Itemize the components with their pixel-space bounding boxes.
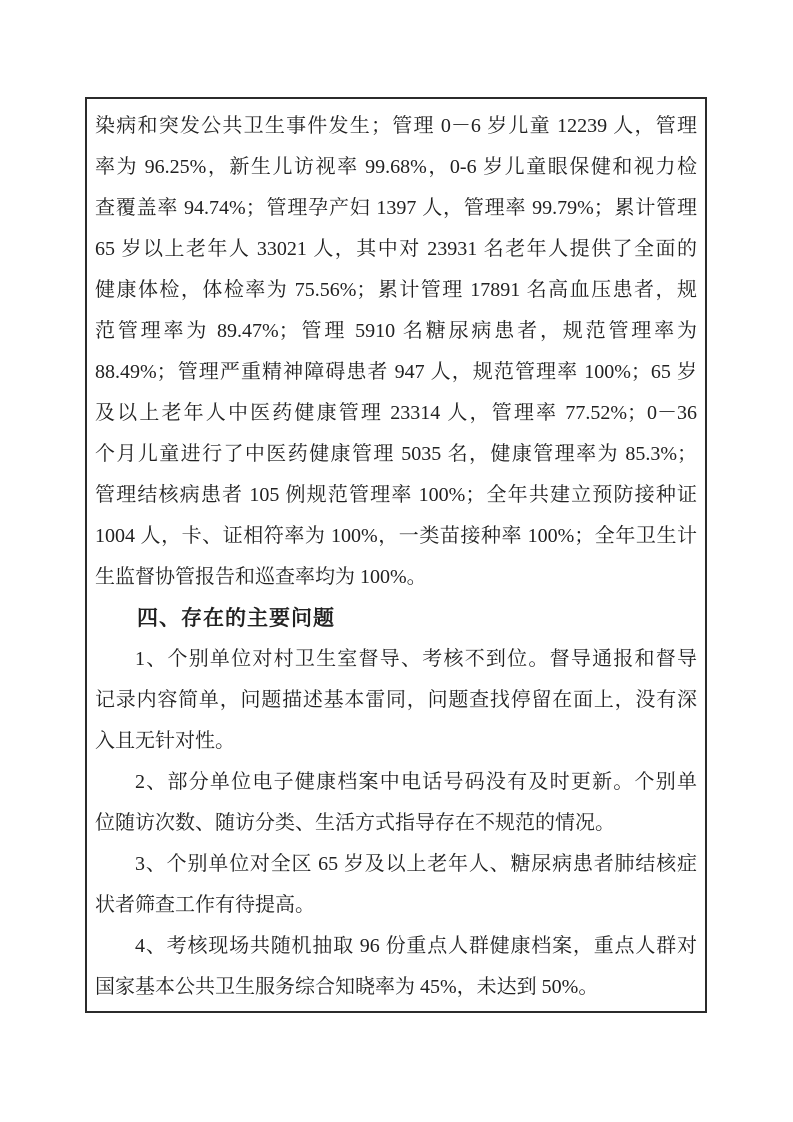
text-line: 状者筛查工作有待提高。 bbox=[95, 885, 697, 926]
text-line: 65 岁以上老年人 33021 人，其中对 23931 名老年人提供了全面的 bbox=[95, 229, 697, 270]
text-line: 个月儿童进行了中医药健康管理 5035 名，健康管理率为 85.3%； bbox=[95, 434, 697, 475]
text-line: 及以上老年人中医药健康管理 23314 人，管理率 77.52%；0－36 bbox=[95, 393, 697, 434]
text-line: 3、个别单位对全区 65 岁及以上老年人、糖尿病患者肺结核症 bbox=[95, 844, 697, 885]
text-line: 入且无针对性。 bbox=[95, 721, 697, 762]
text-line: 1、个别单位对村卫生室督导、考核不到位。督导通报和督导 bbox=[95, 639, 697, 680]
list-item-1: 1、个别单位对村卫生室督导、考核不到位。督导通报和督导记录内容简单，问题描述基本… bbox=[95, 639, 697, 762]
text-line: 4、考核现场共随机抽取 96 份重点人群健康档案，重点人群对 bbox=[95, 926, 697, 967]
list-item-2: 2、部分单位电子健康档案中电话号码没有及时更新。个别单位随访次数、随访分类、生活… bbox=[95, 762, 697, 844]
list-item-3: 3、个别单位对全区 65 岁及以上老年人、糖尿病患者肺结核症状者筛查工作有待提高… bbox=[95, 844, 697, 926]
list-item-4: 4、考核现场共随机抽取 96 份重点人群健康档案，重点人群对国家基本公共卫生服务… bbox=[95, 926, 697, 1008]
text-line: 位随访次数、随访分类、生活方式指导存在不规范的情况。 bbox=[95, 803, 697, 844]
document-page: 染病和突发公共卫生事件发生；管理 0－6 岁儿童 12239 人，管理率为 96… bbox=[0, 0, 793, 1122]
text-line: 2、部分单位电子健康档案中电话号码没有及时更新。个别单 bbox=[95, 762, 697, 803]
text-line: 国家基本公共卫生服务综合知晓率为 45%，未达到 50%。 bbox=[95, 967, 697, 1008]
text-line: 染病和突发公共卫生事件发生；管理 0－6 岁儿童 12239 人，管理 bbox=[95, 106, 697, 147]
text-line: 四、存在的主要问题 bbox=[95, 598, 697, 639]
text-line: 率为 96.25%，新生儿访视率 99.68%，0-6 岁儿童眼保健和视力检 bbox=[95, 147, 697, 188]
text-line: 1004 人，卡、证相符率为 100%，一类苗接种率 100%；全年卫生计 bbox=[95, 516, 697, 557]
text-line: 查覆盖率 94.74%；管理孕产妇 1397 人，管理率 99.79%；累计管理 bbox=[95, 188, 697, 229]
text-line: 记录内容简单，问题描述基本雷同，问题查找停留在面上，没有深 bbox=[95, 680, 697, 721]
section-heading: 四、存在的主要问题 bbox=[95, 598, 697, 639]
paragraph: 染病和突发公共卫生事件发生；管理 0－6 岁儿童 12239 人，管理率为 96… bbox=[95, 106, 697, 598]
text-line: 生监督协管报告和巡查率均为 100%。 bbox=[95, 557, 697, 598]
text-line: 健康体检，体检率为 75.56%；累计管理 17891 名高血压患者，规 bbox=[95, 270, 697, 311]
text-line: 管理结核病患者 105 例规范管理率 100%；全年共建立预防接种证 bbox=[95, 475, 697, 516]
text-line: 88.49%；管理严重精神障碍患者 947 人，规范管理率 100%；65 岁 bbox=[95, 352, 697, 393]
text-line: 范管理率为 89.47%；管理 5910 名糖尿病患者，规范管理率为 bbox=[95, 311, 697, 352]
document-cell: 染病和突发公共卫生事件发生；管理 0－6 岁儿童 12239 人，管理率为 96… bbox=[85, 97, 707, 1013]
